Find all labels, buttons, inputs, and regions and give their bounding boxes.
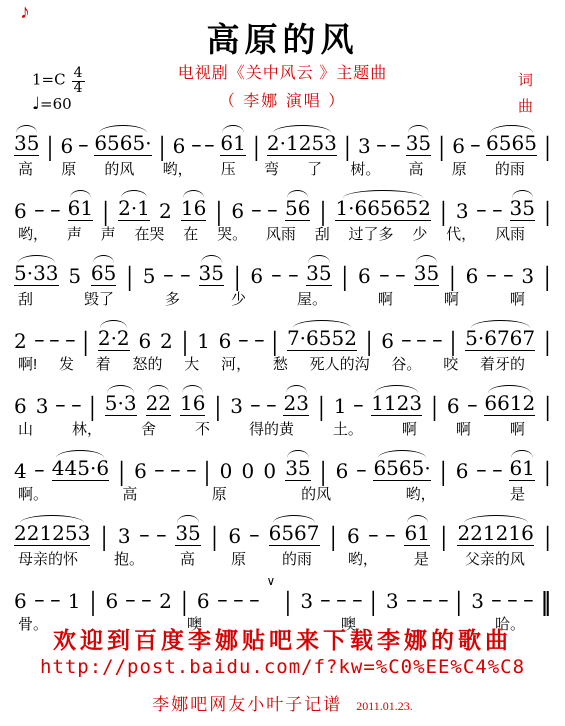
note: 3 bbox=[471, 591, 484, 611]
lyrics-row: 母亲的怀抱。高原的雨哟，是父亲的风 bbox=[14, 546, 551, 569]
score-system: 63--|5·32216|3--23|1-1123|6-6612|山林，舍不得的… bbox=[14, 378, 551, 443]
note: 7·6552 bbox=[287, 328, 357, 351]
note: 5·3 bbox=[105, 393, 137, 416]
duration-dash: - bbox=[190, 134, 202, 154]
note: 6 bbox=[61, 136, 74, 156]
barline: | bbox=[204, 459, 211, 484]
barline: | bbox=[438, 134, 445, 159]
lyric-word: 父亲的风 bbox=[465, 548, 525, 569]
note: 4 bbox=[14, 461, 27, 481]
duration-dash: - bbox=[33, 329, 45, 349]
duration-dash: - bbox=[432, 329, 444, 349]
breath-mark: ∨ bbox=[267, 575, 276, 587]
lyrics-row: 高原的风哟，压弯了树。高原的雨 bbox=[14, 156, 551, 179]
note: 6565 bbox=[486, 133, 537, 156]
barline: | bbox=[440, 524, 447, 549]
note: 3 bbox=[230, 396, 243, 416]
lyricist-label: 词 bbox=[518, 68, 533, 94]
note: 2·2 bbox=[98, 328, 130, 351]
duration-dash: - bbox=[78, 134, 90, 154]
note: 0 bbox=[263, 461, 276, 481]
duration-dash: - bbox=[34, 589, 46, 609]
lyric-word: 了 bbox=[307, 158, 322, 179]
note: 61 bbox=[404, 523, 429, 546]
note: 5·6767 bbox=[465, 328, 535, 351]
note: 56 bbox=[285, 198, 310, 221]
note: 22 bbox=[146, 393, 171, 416]
barline: | bbox=[234, 264, 241, 289]
duration-dash: - bbox=[475, 199, 487, 219]
duration-dash: - bbox=[250, 394, 262, 414]
duration-dash: - bbox=[368, 524, 380, 544]
duration-dash: - bbox=[71, 394, 83, 414]
barline: | bbox=[344, 134, 351, 159]
date-text: 2011.01.23. bbox=[356, 699, 413, 713]
lyric-word: 少 bbox=[412, 223, 427, 244]
note: 1·665652 bbox=[335, 198, 430, 221]
song-subtitle: 电视剧《关中风云 》主题曲 bbox=[0, 60, 565, 83]
note: 6 bbox=[231, 201, 244, 221]
lyrics-row: 哟，声声在哭在哭。风雨刮过了多少代，风雨 bbox=[14, 221, 551, 244]
lyric-word: 声 bbox=[67, 223, 82, 244]
duration-dash: - bbox=[405, 589, 417, 609]
duration-dash: - bbox=[336, 589, 348, 609]
duration-dash: - bbox=[185, 459, 197, 479]
notation-row: 6--1|6--2|6---∨|3---|3---|3---‖ bbox=[14, 573, 551, 611]
lyrics-row: 刮毁了多少屋。啊啊啊 bbox=[14, 286, 551, 309]
duration-dash: - bbox=[466, 394, 478, 414]
lyric-word: 多 bbox=[165, 288, 180, 309]
duration-dash: - bbox=[55, 394, 67, 414]
duration-dash: - bbox=[238, 329, 250, 349]
lyric-word: 树。 bbox=[350, 158, 380, 179]
lyric-word: 的雨 bbox=[282, 548, 312, 569]
lyric-word: 啊! bbox=[18, 353, 37, 374]
barline: | bbox=[455, 589, 462, 614]
barline: | bbox=[101, 524, 108, 549]
lyric-word: 啊 bbox=[510, 288, 525, 309]
duration-dash: - bbox=[64, 329, 76, 349]
lyric-word: 的风 bbox=[104, 158, 134, 179]
lyric-word: 大 bbox=[184, 353, 199, 374]
footer-welcome-text: 欢迎到百度李娜贴吧来下载李娜的歌曲 bbox=[0, 622, 565, 655]
notation-row: 35|6-6565·|6--61|2·1253|3--35|6-6565| bbox=[14, 118, 551, 156]
note: 6 bbox=[447, 396, 460, 416]
notation-row: 5·33565|5--35|6--35|6--35|6--3| bbox=[14, 248, 551, 286]
score-system: 6--61|2·1216|6--56|1·665652|3--35|哟，声声在哭… bbox=[14, 183, 551, 248]
tempo-value: =60 bbox=[40, 95, 72, 113]
final-barline: ‖ bbox=[541, 589, 551, 614]
note: 2·1 bbox=[118, 198, 150, 221]
lyrics-row: 啊。高原的风哟，是 bbox=[14, 481, 551, 504]
lyric-word: 着牙的 bbox=[480, 353, 525, 374]
note: 1 bbox=[68, 591, 81, 611]
duration-dash: - bbox=[491, 459, 503, 479]
note: 3 bbox=[456, 201, 469, 221]
note: 6 bbox=[381, 331, 394, 351]
lyric-word: 高 bbox=[409, 158, 424, 179]
duration-dash: - bbox=[355, 459, 367, 479]
note: 35 bbox=[14, 133, 39, 156]
duration-dash: - bbox=[437, 589, 449, 609]
note: 6 bbox=[14, 201, 27, 221]
lyric-word: 过了多 bbox=[349, 223, 394, 244]
duration-dash: - bbox=[169, 459, 181, 479]
duration-dash: - bbox=[141, 589, 153, 609]
note: 6 bbox=[358, 266, 371, 286]
duration-dash: - bbox=[249, 524, 261, 544]
barline: | bbox=[215, 199, 222, 224]
barline: | bbox=[89, 394, 96, 419]
lyric-word: 得的黄 bbox=[249, 418, 294, 439]
notation-row: 2---|2·262|16--|7·6552|6---|5·6767| bbox=[14, 313, 551, 351]
duration-dash: - bbox=[271, 264, 283, 284]
lyric-word: 哟， bbox=[406, 483, 436, 504]
note: 6 bbox=[250, 266, 263, 286]
lyric-word: 原 bbox=[61, 158, 76, 179]
barline: | bbox=[544, 199, 551, 224]
note: 445·6 bbox=[52, 458, 109, 481]
note: 6 bbox=[228, 526, 241, 546]
lyric-word: 屋。 bbox=[297, 288, 327, 309]
duration-dash: - bbox=[125, 589, 137, 609]
duration-dash: - bbox=[154, 459, 166, 479]
duration-dash: - bbox=[180, 264, 192, 284]
tempo-marking: ♩=60 bbox=[32, 94, 72, 114]
lyric-word: 哭。 bbox=[217, 223, 247, 244]
lyric-word: 原 bbox=[452, 158, 467, 179]
note: 35 bbox=[285, 458, 310, 481]
duration-dash: - bbox=[352, 589, 364, 609]
barline: | bbox=[370, 589, 377, 614]
sheet-music-page: ♪ 高原的风 电视剧《关中风云 》主题曲 （ 李娜 演唱 ） 1=C44 ♩=6… bbox=[0, 0, 565, 726]
lyric-word: 原 bbox=[212, 483, 227, 504]
score-system: 221253|3--35|6-6567|6--61|221216|母亲的怀抱。高… bbox=[14, 508, 551, 573]
duration-dash: - bbox=[253, 329, 265, 349]
note: 23 bbox=[283, 393, 308, 416]
lyric-word: 咬 bbox=[443, 353, 458, 374]
duration-dash: - bbox=[139, 524, 151, 544]
note: 6 bbox=[134, 461, 147, 481]
note: 6565· bbox=[94, 133, 151, 156]
barline: | bbox=[544, 264, 551, 289]
duration-dash: - bbox=[232, 589, 244, 609]
barline: | bbox=[449, 264, 456, 289]
duration-dash: - bbox=[421, 589, 433, 609]
note: 3 bbox=[386, 591, 399, 611]
note: 0 bbox=[241, 461, 254, 481]
barline: | bbox=[320, 459, 327, 484]
time-signature: 44 bbox=[72, 66, 85, 95]
note: 1123 bbox=[371, 393, 422, 416]
lyric-word: 刮 bbox=[18, 288, 33, 309]
note: 0 bbox=[220, 461, 233, 481]
note: 3 bbox=[36, 396, 49, 416]
barline: | bbox=[366, 329, 373, 354]
note: 2 bbox=[159, 201, 172, 221]
key-signature: 1=C44 bbox=[32, 66, 85, 95]
note: 16 bbox=[180, 393, 205, 416]
score-system: 4-445·6|6---|00035|6-6565·|6--61|啊。高原的风哟… bbox=[14, 443, 551, 508]
lyric-word: 的风 bbox=[301, 483, 331, 504]
lyric-word: 高 bbox=[122, 483, 137, 504]
lyric-word: 哟， bbox=[163, 158, 193, 179]
barline: | bbox=[47, 134, 54, 159]
notation-row: 6--61|2·1216|6--56|1·665652|3--35| bbox=[14, 183, 551, 221]
footer-url: http://post.baidu.com/f?kw=%C0%EE%C4%C8 bbox=[0, 656, 565, 678]
note: 6 bbox=[456, 461, 469, 481]
lyric-word: 怒的 bbox=[133, 353, 163, 374]
note: 35 bbox=[306, 263, 331, 286]
duration-dash: - bbox=[49, 329, 61, 349]
barline: | bbox=[341, 264, 348, 289]
duration-dash: - bbox=[287, 264, 299, 284]
note: 6 bbox=[105, 591, 118, 611]
lyric-word: 啊 bbox=[402, 418, 417, 439]
barline: | bbox=[544, 394, 551, 419]
duration-dash: - bbox=[523, 589, 535, 609]
barline: | bbox=[440, 199, 447, 224]
note: 2 bbox=[159, 591, 172, 611]
barline: | bbox=[450, 329, 457, 354]
barline: | bbox=[544, 524, 551, 549]
duration-dash: - bbox=[267, 199, 279, 219]
notation-row: 221253|3--35|6-6567|6--61|221216| bbox=[14, 508, 551, 546]
duration-dash: - bbox=[491, 199, 503, 219]
duration-dash: - bbox=[475, 459, 487, 479]
note: 6 bbox=[466, 266, 479, 286]
note: 6 bbox=[452, 136, 465, 156]
duration-dash: - bbox=[385, 524, 397, 544]
barline: | bbox=[214, 394, 221, 419]
lyrics-row: 啊!发着怒的大河，愁死人的沟谷。咬着牙的 bbox=[14, 351, 551, 374]
lyric-word: 母亲的怀 bbox=[18, 548, 78, 569]
duration-dash: - bbox=[395, 264, 407, 284]
lyric-word: 刮 bbox=[315, 223, 330, 244]
notation-row: 63--|5·32216|3--23|1-1123|6-6612| bbox=[14, 378, 551, 416]
footer-credit: 李娜吧网友小叶子记谱2011.01.23. bbox=[0, 690, 565, 715]
transcriber-text: 李娜吧网友小叶子记谱 bbox=[152, 695, 342, 714]
duration-dash: - bbox=[389, 134, 401, 154]
lyric-word: 啊 bbox=[378, 288, 393, 309]
credits-labels: 词 曲 bbox=[518, 68, 533, 119]
lyric-word: 愁 bbox=[273, 353, 288, 374]
barline: | bbox=[271, 329, 278, 354]
lyric-word: 着 bbox=[96, 353, 111, 374]
score-system: 2---|2·262|16--|7·6552|6---|5·6767|啊!发着怒… bbox=[14, 313, 551, 378]
barline: | bbox=[118, 459, 125, 484]
barline: | bbox=[82, 329, 89, 354]
score-system: 5·33565|5--35|6--35|6--35|6--3|刮毁了多少屋。啊啊… bbox=[14, 248, 551, 313]
lyric-word: 压 bbox=[221, 158, 236, 179]
notation-row: 4-445·6|6---|00035|6-6565·|6--61| bbox=[14, 443, 551, 481]
lyric-word: 土。 bbox=[333, 418, 363, 439]
lyric-word: 舍 bbox=[141, 418, 156, 439]
note: 3 bbox=[358, 136, 371, 156]
duration-dash: - bbox=[378, 264, 390, 284]
note: 6565· bbox=[373, 458, 430, 481]
note: 2 bbox=[14, 331, 27, 351]
duration-dash: - bbox=[353, 394, 365, 414]
barline: | bbox=[126, 264, 133, 289]
song-title: 高原的风 bbox=[0, 14, 565, 61]
duration-dash: - bbox=[163, 264, 175, 284]
note: 5 bbox=[68, 266, 81, 286]
lyric-word: 声 bbox=[101, 223, 116, 244]
barline: | bbox=[90, 589, 97, 614]
barline: | bbox=[253, 134, 260, 159]
lyric-word: 少 bbox=[231, 288, 246, 309]
lyric-word: 啊 bbox=[444, 288, 459, 309]
lyric-word: 不 bbox=[195, 418, 210, 439]
note: 35 bbox=[175, 523, 200, 546]
lyric-word: 弯 bbox=[264, 158, 279, 179]
duration-dash: - bbox=[251, 199, 263, 219]
lyric-word: 山 bbox=[18, 418, 33, 439]
duration-dash: - bbox=[265, 394, 277, 414]
performer-line: （ 李娜 演唱 ） bbox=[0, 88, 565, 111]
note: 6567 bbox=[269, 523, 320, 546]
note: 6 bbox=[173, 136, 186, 156]
duration-dash: - bbox=[486, 264, 498, 284]
duration-dash: - bbox=[375, 134, 387, 154]
note: 61 bbox=[220, 133, 245, 156]
note: 2·1253 bbox=[267, 133, 337, 156]
lyric-word: 谷。 bbox=[391, 353, 421, 374]
barline: | bbox=[182, 329, 189, 354]
barline: | bbox=[284, 589, 291, 614]
note: 6 bbox=[138, 331, 151, 351]
composer-label: 曲 bbox=[518, 94, 533, 120]
lyric-word: 是 bbox=[414, 548, 429, 569]
barline: | bbox=[330, 524, 337, 549]
lyric-word: 风雨 bbox=[495, 223, 525, 244]
lyric-word: 啊 bbox=[510, 418, 525, 439]
duration-dash: - bbox=[248, 589, 260, 609]
lyric-word: 抱。 bbox=[114, 548, 144, 569]
barline: | bbox=[431, 394, 438, 419]
note: 35 bbox=[510, 198, 535, 221]
barline: | bbox=[102, 199, 109, 224]
note: 6 bbox=[347, 526, 360, 546]
note: 3 bbox=[300, 591, 313, 611]
barline: | bbox=[544, 134, 551, 159]
note: 6 bbox=[197, 591, 210, 611]
note: 35 bbox=[414, 263, 439, 286]
note: 3 bbox=[118, 526, 131, 546]
barline: | bbox=[318, 394, 325, 419]
duration-dash: - bbox=[49, 199, 61, 219]
lyric-word: 代， bbox=[446, 223, 476, 244]
note: 5 bbox=[143, 266, 156, 286]
note: 6612 bbox=[484, 393, 535, 416]
lyric-word: 高 bbox=[18, 158, 33, 179]
lyric-word: 哟， bbox=[18, 223, 48, 244]
duration-dash: - bbox=[507, 589, 519, 609]
lyric-word: 高 bbox=[180, 548, 195, 569]
barline: | bbox=[211, 524, 218, 549]
lyric-word: 的雨 bbox=[495, 158, 525, 179]
lyric-word: 啊 bbox=[456, 418, 471, 439]
barline: | bbox=[544, 459, 551, 484]
score-system: 35|6-6565·|6--61|2·1253|3--35|6-6565|高原的… bbox=[14, 118, 551, 183]
duration-dash: - bbox=[320, 589, 332, 609]
note: 6 bbox=[219, 331, 232, 351]
note: 61 bbox=[68, 198, 93, 221]
note: 1 bbox=[334, 396, 347, 416]
duration-dash: - bbox=[400, 329, 412, 349]
note: 61 bbox=[509, 458, 534, 481]
quarter-note-icon: ♩ bbox=[32, 94, 40, 114]
duration-dash: - bbox=[470, 134, 482, 154]
note: 35 bbox=[199, 263, 224, 286]
note: 221253 bbox=[14, 523, 90, 546]
barline: | bbox=[320, 199, 327, 224]
duration-dash: - bbox=[49, 589, 61, 609]
score: 35|6-6565·|6--61|2·1253|3--35|6-6565|高原的… bbox=[14, 118, 551, 638]
duration-dash: - bbox=[216, 589, 228, 609]
duration-dash: - bbox=[33, 199, 45, 219]
duration-dash: - bbox=[34, 459, 46, 479]
duration-dash: - bbox=[204, 134, 216, 154]
lyric-word: 哟， bbox=[348, 548, 378, 569]
barline: | bbox=[440, 459, 447, 484]
note: 2 bbox=[160, 331, 173, 351]
note: 6 bbox=[14, 591, 27, 611]
lyric-word: 是 bbox=[510, 483, 525, 504]
lyric-word: 发 bbox=[59, 353, 74, 374]
barline: | bbox=[159, 134, 166, 159]
barline: | bbox=[544, 329, 551, 354]
note: 65 bbox=[91, 263, 116, 286]
note: 35 bbox=[406, 133, 431, 156]
duration-dash: - bbox=[156, 524, 168, 544]
lyric-word: 风雨 bbox=[266, 223, 296, 244]
duration-dash: - bbox=[502, 264, 514, 284]
lyric-word: 啊。 bbox=[18, 483, 48, 504]
lyric-word: 死人的沟 bbox=[310, 353, 370, 374]
duration-dash: - bbox=[491, 589, 503, 609]
lyric-word: 毁了 bbox=[84, 288, 114, 309]
lyric-word: 河， bbox=[221, 353, 251, 374]
lyric-word: 在哭 bbox=[134, 223, 164, 244]
key-label: 1=C bbox=[32, 71, 66, 89]
note: 5·33 bbox=[14, 263, 59, 286]
note: 3 bbox=[521, 266, 534, 286]
note: 16 bbox=[181, 198, 206, 221]
note: 6 bbox=[14, 396, 27, 416]
lyric-word: 原 bbox=[231, 548, 246, 569]
time-signature-bottom: 4 bbox=[74, 80, 83, 96]
note: 1 bbox=[197, 331, 210, 351]
lyric-word: 在 bbox=[183, 223, 198, 244]
note: 221216 bbox=[457, 523, 533, 546]
duration-dash: - bbox=[416, 329, 428, 349]
note: 6 bbox=[336, 461, 349, 481]
barline: | bbox=[181, 589, 188, 614]
lyric-word: 林， bbox=[72, 418, 102, 439]
